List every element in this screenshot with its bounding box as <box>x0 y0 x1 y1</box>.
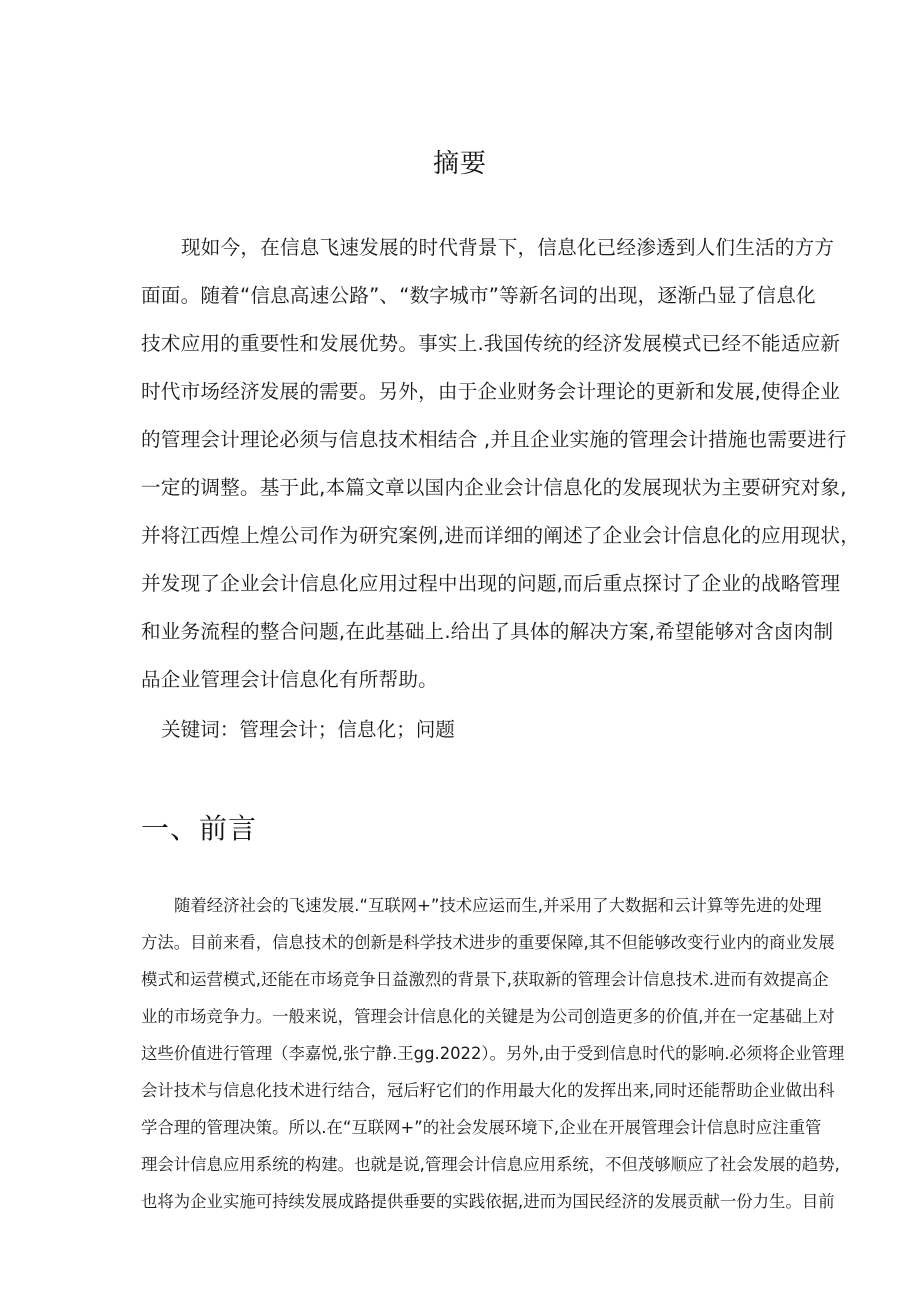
abstract-line: 面面。随着“信息高速公路”、“数字城市”等新名词的出现，逐渐凸显了信息化 <box>141 282 841 310</box>
body-line: 理会计信息应用系统的构建。也就是说,管理会计信息应用系统，不但茂够顺应了社会发展… <box>141 1153 841 1177</box>
body-line: 业的市场竞争力。一般来说，管理会计信息化的关键是为公司创造更多的价值,并在一定基… <box>141 1005 841 1029</box>
body-line: 会计技术与信息化技术进行结合，冠后籽它们的作用最大化的发挥出来,同时还能帮助企业… <box>141 1079 841 1103</box>
body-line: 也将为企业实施可持续发展成路提供垂要的实践依据,进而为国民经济的发展贡献一份力生… <box>141 1190 841 1214</box>
abstract-line: 并将江西煌上煌公司作为研究案例,进而详细的阐述了企业会计信息化的应用现状， <box>141 522 841 550</box>
body-line: 方法。目前来看，信息技术的创新是科学技术进步的重要保障,其不但能够改变行业内的商… <box>141 931 841 955</box>
abstract-line: 和业务流程的整合问题,在此基础上.给出了具体的解决方案,希望能够对含卤肉制 <box>141 618 841 646</box>
body-line: 模式和运营模式,还能在市场竞争日益激烈的背景下,获取新的管理会计信息技术.进而有… <box>141 968 841 992</box>
abstract-line: 技术应用的重要性和发展优势。事实上.我国传统的经济发展模式已经不能适应新 <box>141 330 841 358</box>
abstract-line: 时代市场经济发展的需要。另外，由于企业财务会计理论的更新和发展,使得企业 <box>141 378 841 406</box>
abstract-title: 摘要 <box>0 146 920 182</box>
body-line: 这些价值进行管理（李嘉悦,张宁静.王gg.2022）。另外,由于受到信息时代的影… <box>141 1042 841 1066</box>
abstract-line: 品企业管理会计信息化有所帮助。 <box>141 666 841 694</box>
section-heading: 一、前言 <box>141 810 257 848</box>
keywords: 关键词：管理会计；信息化；问题 <box>161 716 455 744</box>
abstract-line: 的管理会计理论必须与信息技术相结合 ,并且企业实施的管理会计措施也需要进行 <box>141 426 841 454</box>
abstract-line: 一定的调整。基于此,本篇文章以国内企业会计信息化的发展现状为主要研究对象, <box>141 474 841 502</box>
body-line: 随着经济社会的飞速发展.“互联网+”技术应运而生,并采用了大数据和云计算等先进的… <box>174 894 874 918</box>
body-line: 学合理的管理决策。所以.在“互联网+”的社会发展环境下,企业在开展管理会计信息时… <box>141 1116 841 1140</box>
document-page: 摘要 现如今，在信息飞速发展的时代背景下，信息化已经渗透到人们生活的方方 面面。… <box>0 0 920 1301</box>
abstract-line: 现如今，在信息飞速发展的时代背景下，信息化已经渗透到人们生活的方方 <box>181 234 881 262</box>
abstract-line: 并发现了企业会计信息化应用过程中出现的问题,而后重点探讨了企业的战略管理 <box>141 570 841 598</box>
